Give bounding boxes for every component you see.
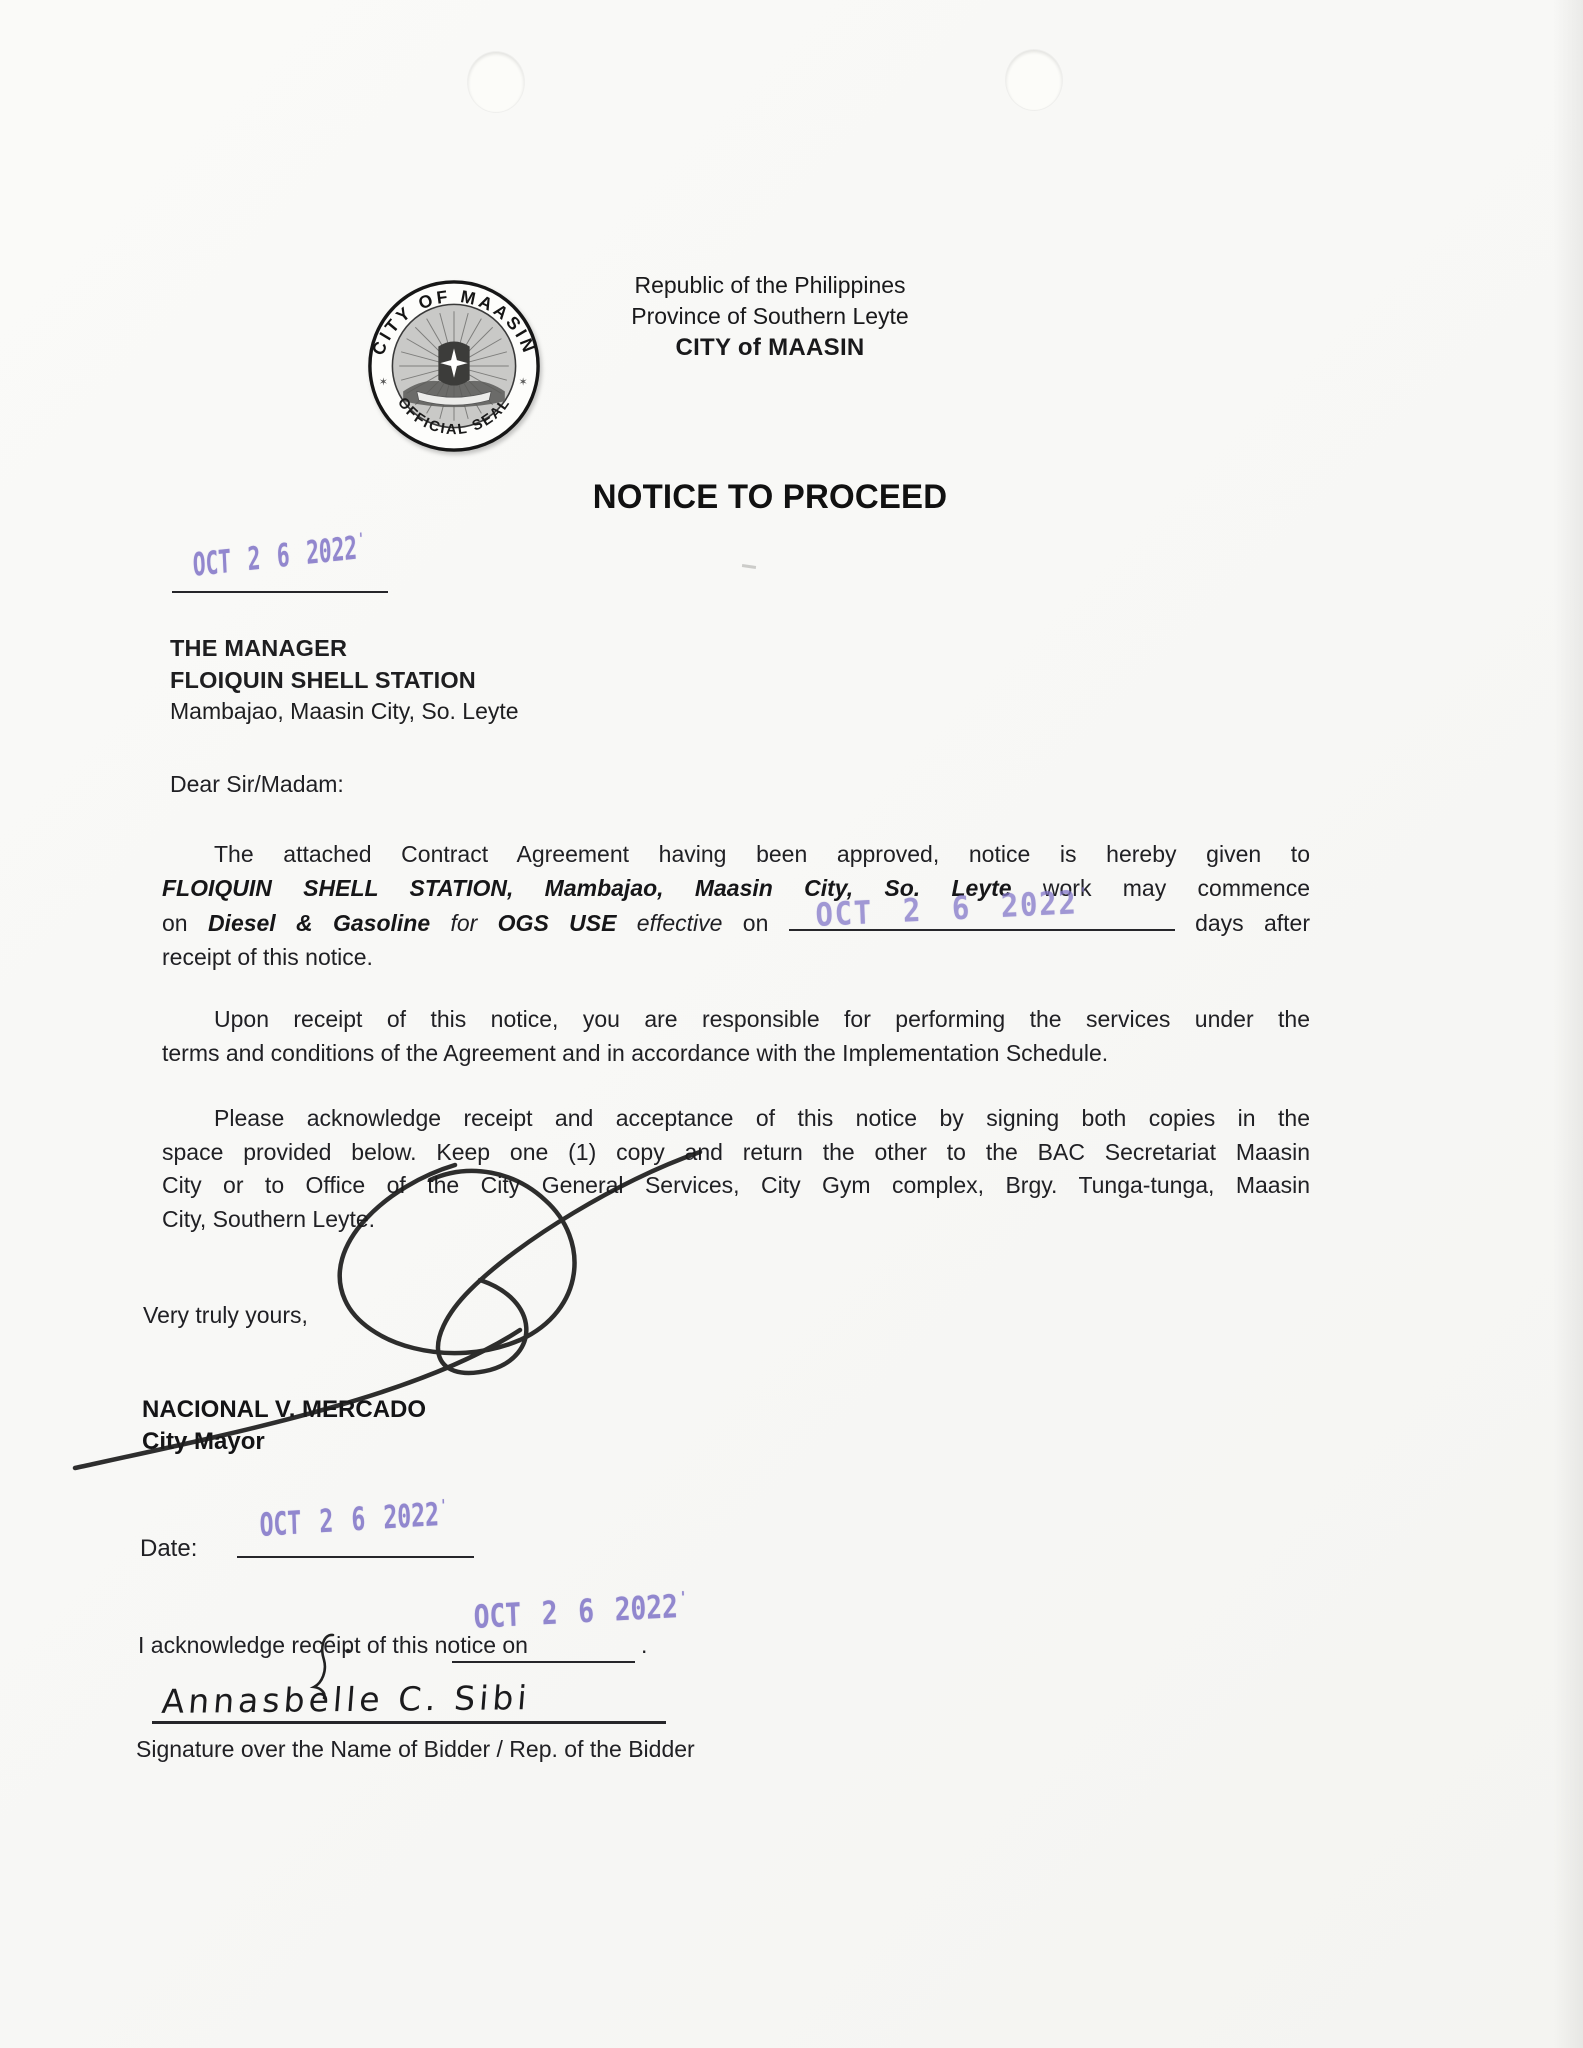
p3-line4: City, Southern Leyte. xyxy=(162,1203,1310,1237)
p1-word-on2: on xyxy=(743,910,769,936)
date-line-stamp: OCT 2 6 2022' xyxy=(259,1495,446,1544)
handwritten-bidder-name: Annasbelle C. Sibi xyxy=(160,1678,532,1721)
scan-artifact-dash xyxy=(742,564,756,569)
stamp-tick: ' xyxy=(440,1496,448,1515)
date-received-stamp: OCT 2 6 2022' xyxy=(192,528,364,584)
document-title: NOTICE TO PROCEED xyxy=(547,478,993,517)
stamp-tick: ' xyxy=(357,529,364,549)
stamp-text: OCT 2 6 2022 xyxy=(259,1495,439,1544)
scan-edge-shadow xyxy=(1553,0,1583,2048)
closing: Very truly yours, xyxy=(143,1299,308,1333)
punch-hole-right xyxy=(1006,50,1062,110)
p1-line2: FLOIQUIN SHELL STATION, Mambajao, Maasin… xyxy=(162,872,1310,906)
p1-line4: receipt of this notice. xyxy=(162,941,1310,975)
p1-word-on: on xyxy=(162,910,188,936)
p1-line1: The attached Contract Agreement having b… xyxy=(162,838,1310,872)
city-of-maasin-official-seal: CITY OF MAASIN OFFICIAL SEAL ✶ ✶ xyxy=(366,278,542,454)
p2-line1: Upon receipt of this notice, you are res… xyxy=(162,1003,1310,1037)
addressee-block: THE MANAGER FLOIQUIN SHELL STATION Mamba… xyxy=(170,633,519,728)
date-rule xyxy=(237,1556,474,1558)
addressee-line1: THE MANAGER xyxy=(170,633,519,665)
p1-word-for: for xyxy=(450,910,477,936)
stamp-tick: ' xyxy=(679,1588,688,1607)
p2-line2: terms and conditions of the Agreement an… xyxy=(162,1037,1310,1071)
effective-date-blank: OCT 2 6 2022' xyxy=(789,905,1175,931)
bidder-name-rule xyxy=(152,1721,666,1724)
acknowledgment-period: . xyxy=(641,1629,647,1663)
effective-date-stamp: OCT 2 6 2022' xyxy=(815,885,1089,937)
p1-word-effective: effective xyxy=(637,910,723,936)
addressee-line3: Mambajao, Maasin City, So. Leyte xyxy=(170,696,519,728)
addressee-line2: FLOIQUIN SHELL STATION xyxy=(170,665,519,697)
scanned-letter-page: CITY OF MAASIN OFFICIAL SEAL ✶ ✶ Republi… xyxy=(0,0,1583,2048)
seal-star-left-icon: ✶ xyxy=(379,377,388,389)
p1-line3: on Diesel & Gasoline for OGS USE effecti… xyxy=(162,905,1310,941)
p1-item-bold: Diesel & Gasoline xyxy=(208,910,430,936)
stamp-text: OCT 2 6 2022 xyxy=(192,529,358,584)
acknowledgment-stamp: OCT 2 6 2022' xyxy=(473,1587,686,1636)
paragraph-2: Upon receipt of this notice, you are res… xyxy=(162,1003,1310,1070)
signatory-title: City Mayor xyxy=(142,1425,265,1459)
letterhead-line1: Republic of the Philippines xyxy=(540,270,1000,301)
acknowledgment-rule xyxy=(452,1661,635,1663)
paragraph-3: Please acknowledge receipt and acceptanc… xyxy=(162,1102,1310,1236)
seal-star-right-icon: ✶ xyxy=(519,377,528,389)
salutation: Dear Sir/Madam: xyxy=(170,768,344,802)
stamp-text: OCT 2 6 2022 xyxy=(473,1587,678,1636)
letterhead-line2: Province of Southern Leyte xyxy=(540,301,1000,332)
date-label: Date: xyxy=(140,1532,197,1566)
stamp-tick: ' xyxy=(1078,883,1089,902)
p3-line3: City or to Office of the City General Se… xyxy=(162,1169,1310,1203)
letterhead: Republic of the Philippines Province of … xyxy=(540,270,1000,363)
paragraph-1: The attached Contract Agreement having b… xyxy=(162,838,1310,974)
p3-line1: Please acknowledge receipt and acceptanc… xyxy=(162,1102,1310,1136)
acknowledgment-text: I acknowledge receipt of this notice on xyxy=(138,1629,528,1663)
bidder-signature-caption: Signature over the Name of Bidder / Rep.… xyxy=(136,1733,695,1767)
letterhead-line3: CITY of MAASIN xyxy=(540,332,1000,363)
p1-days-after: days after xyxy=(1195,910,1310,936)
date-received-rule xyxy=(172,591,388,593)
signatory-name: NACIONAL V. MERCADO xyxy=(142,1393,426,1427)
punch-hole-left xyxy=(468,52,524,112)
p1-use-bold: OGS USE xyxy=(498,910,617,936)
p3-line2: space provided below. Keep one (1) copy … xyxy=(162,1136,1310,1170)
